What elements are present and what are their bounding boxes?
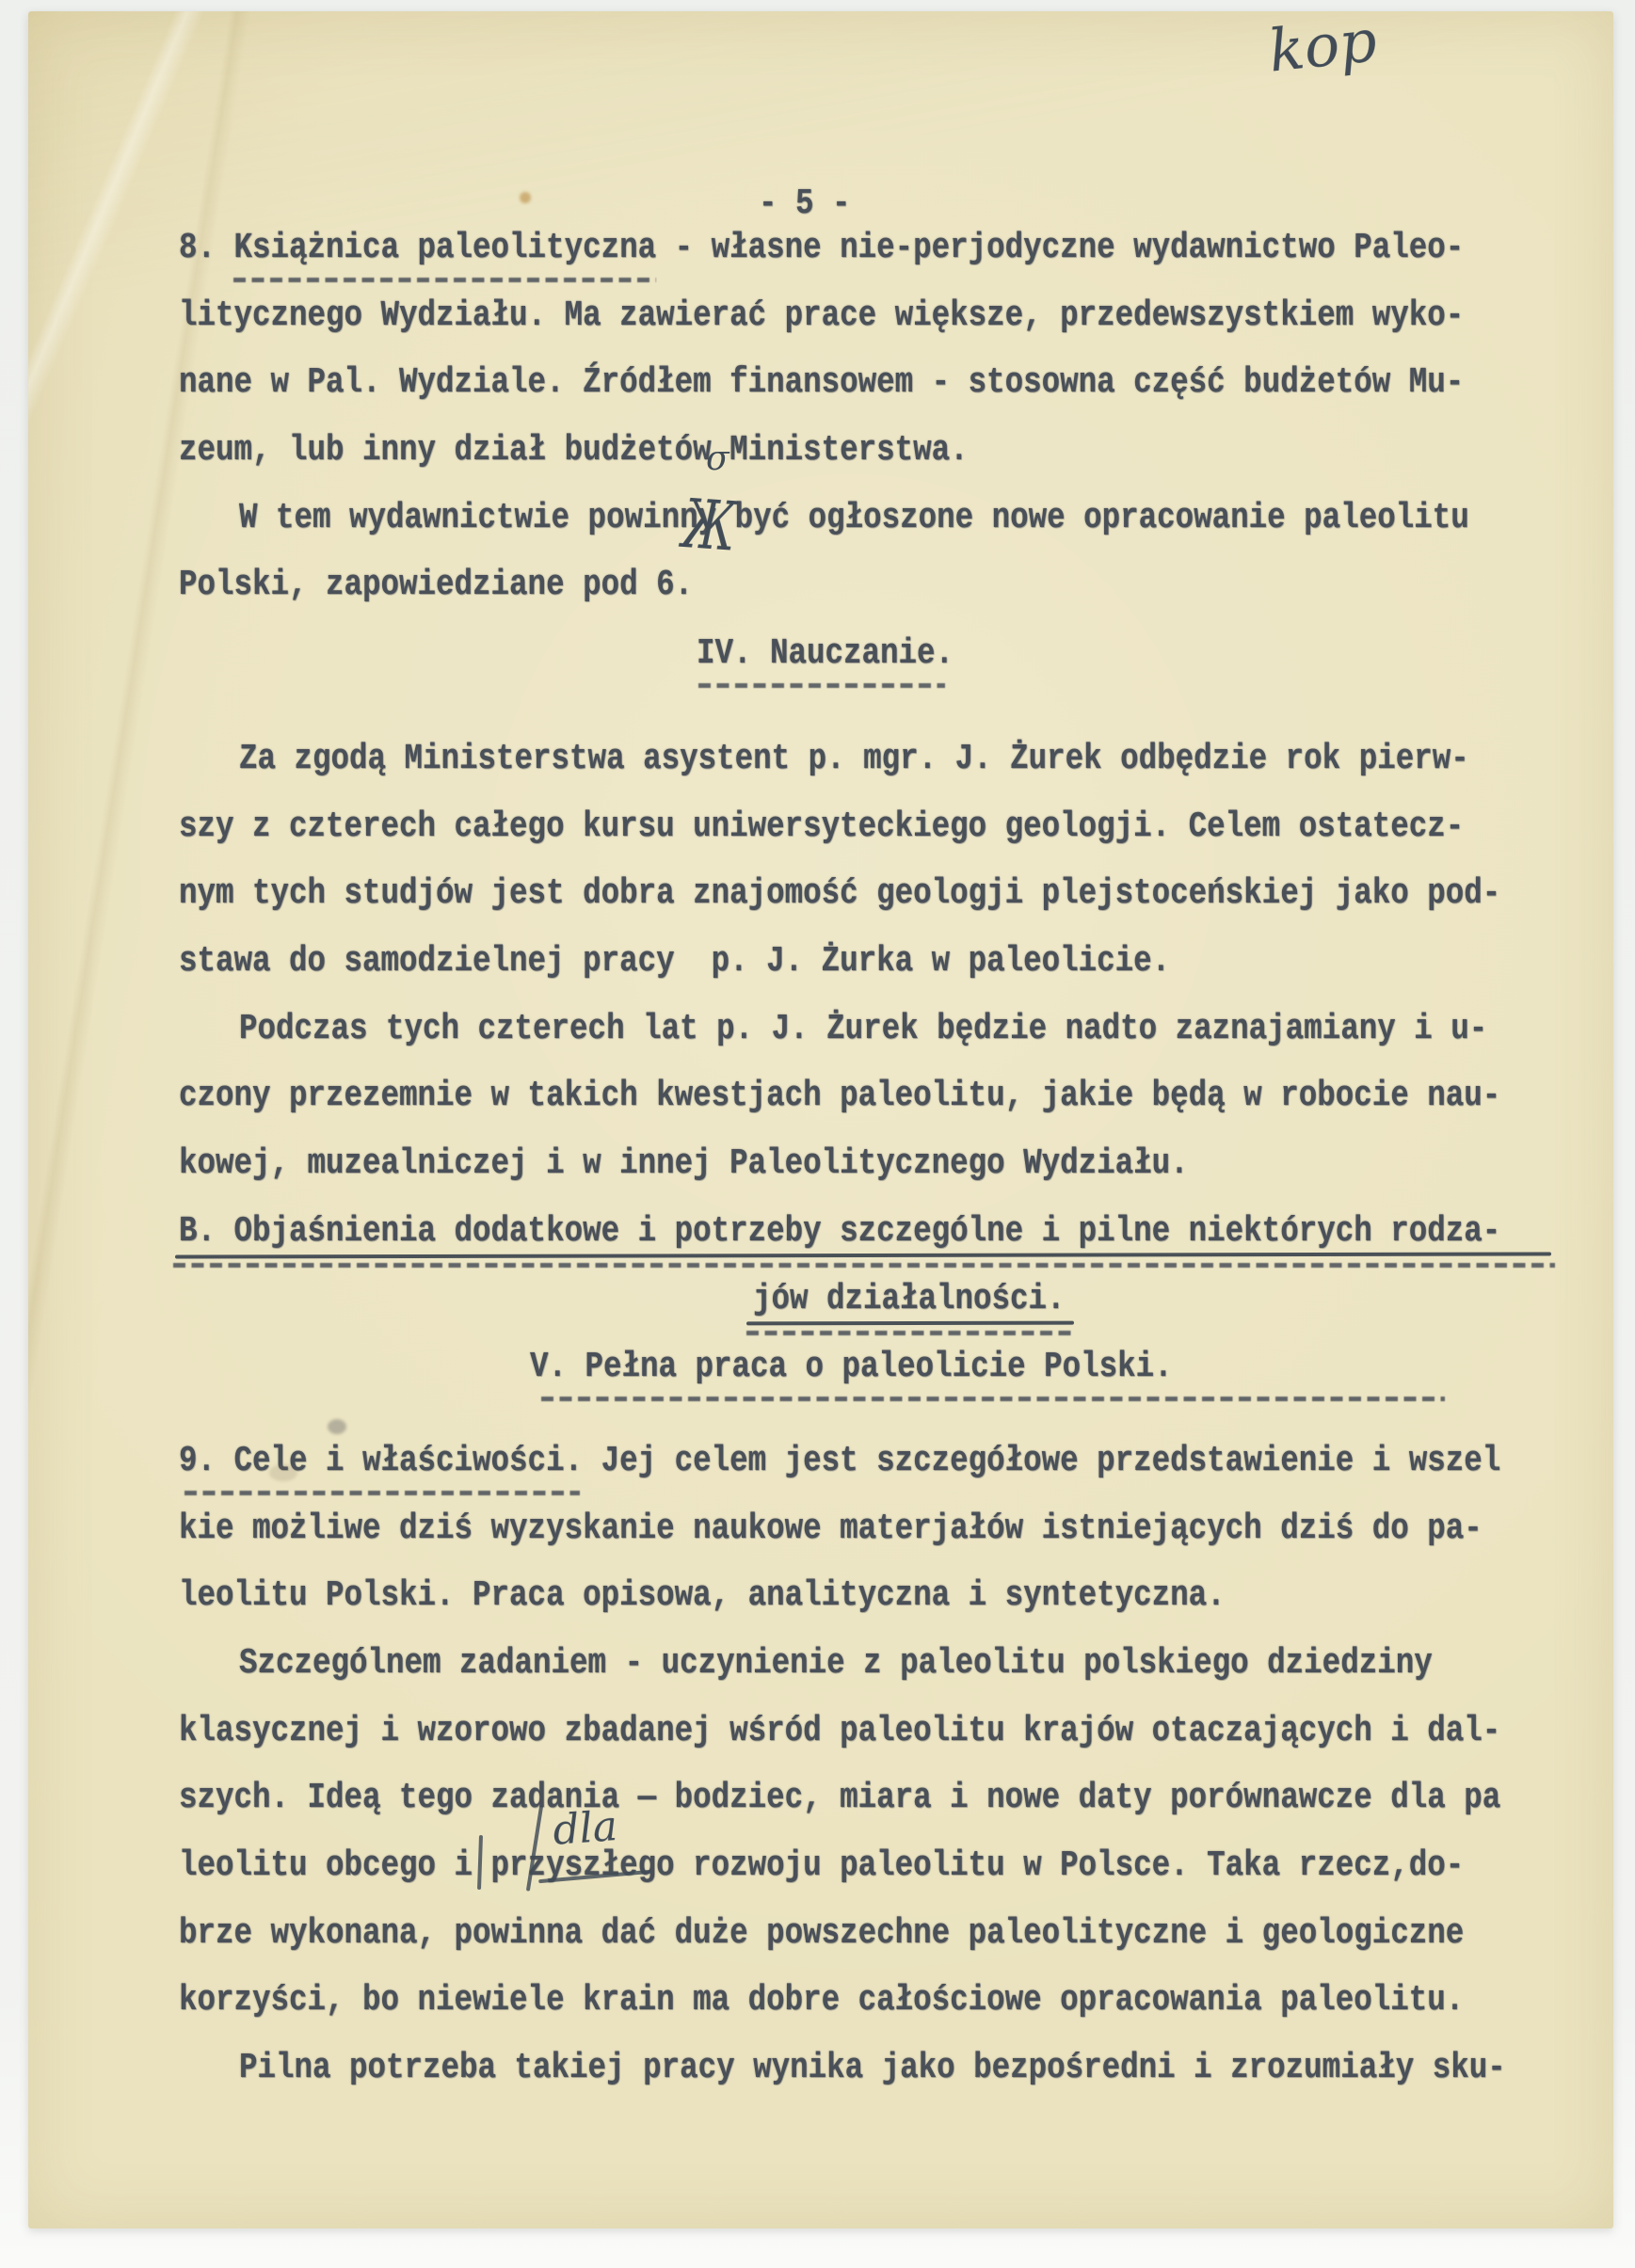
scanned-document-page: { "page": { "number_label": "- 5 -" }, "… — [0, 0, 1635, 2268]
paper-sheet — [28, 11, 1613, 2228]
